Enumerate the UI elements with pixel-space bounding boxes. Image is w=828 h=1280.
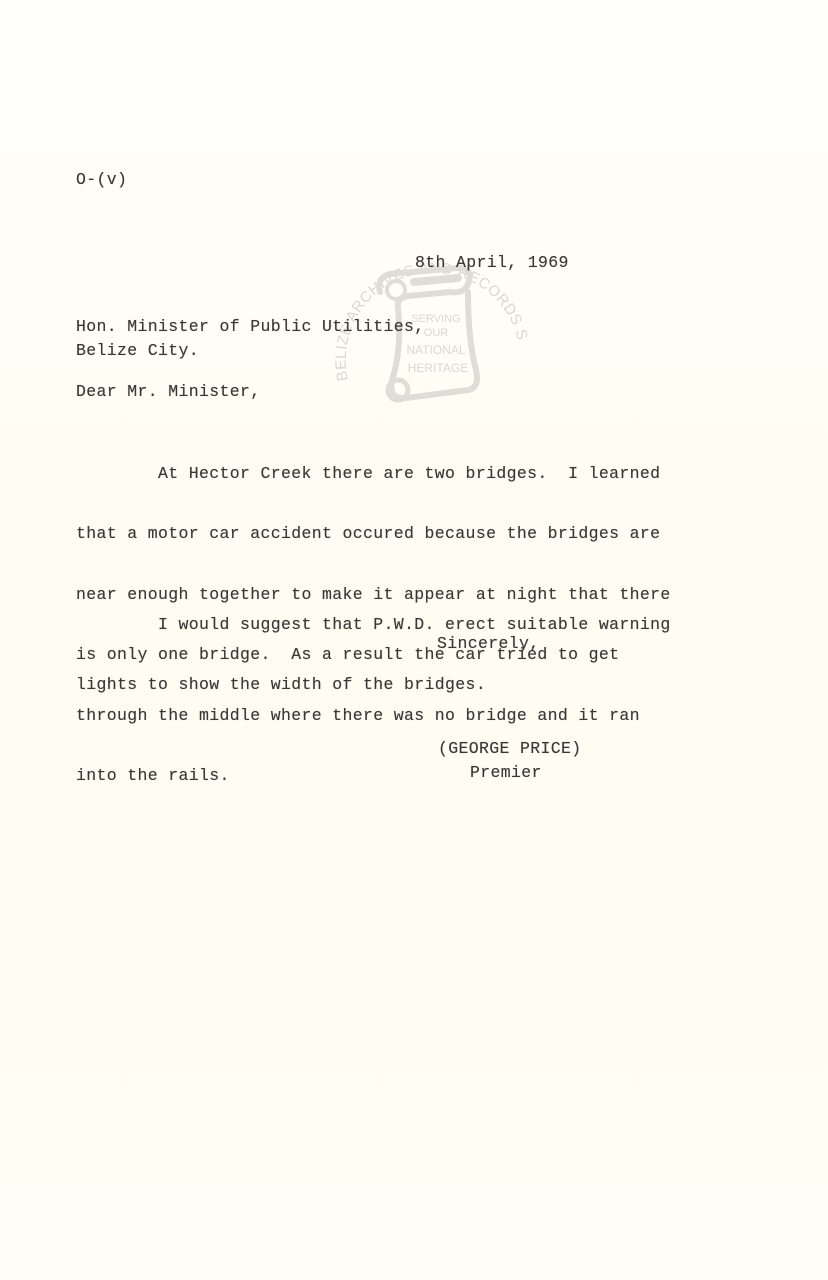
letter-date: 8th April, 1969 [415,253,569,273]
reference-code: O-(v) [76,170,127,190]
signatory-title: Premier [470,763,542,783]
watermark-line-2: OUR [424,327,449,339]
paragraph-line: that a motor car accident occured becaus… [76,524,671,544]
watermark-line-3: NATIONAL [406,343,465,357]
paragraph-line: into the rails. [76,766,671,786]
salutation: Dear Mr. Minister, [76,382,261,402]
recipient-line-2: Belize City. [76,341,199,361]
paragraph-line: I would suggest that P.W.D. erect suitab… [76,615,671,635]
body-paragraph-2: I would suggest that P.W.D. erect suitab… [76,575,671,736]
paragraph-line: At Hector Creek there are two bridges. I… [76,464,671,484]
closing: Sincerely, [437,634,540,654]
letter-page: BELIZE ARCHIVES AND RECORDS SERVICE SERV… [0,0,828,1280]
signatory-name: (GEORGE PRICE) [438,739,582,759]
watermark-line-4: HERITAGE [408,361,468,375]
paragraph-line: lights to show the width of the bridges. [76,675,671,695]
recipient-line-1: Hon. Minister of Public Utilities, [76,317,425,337]
